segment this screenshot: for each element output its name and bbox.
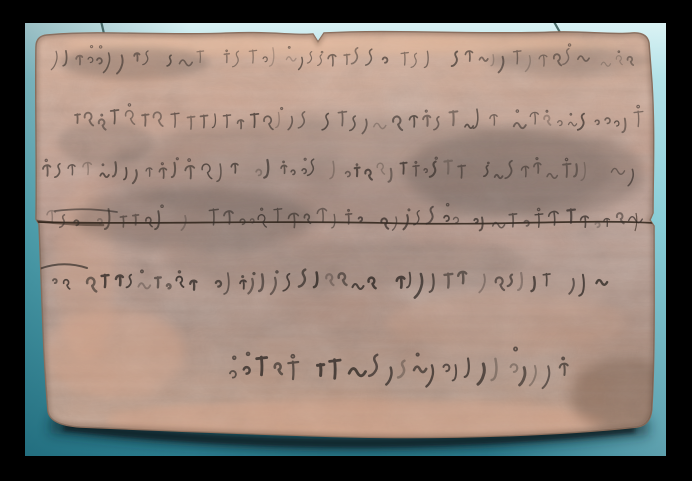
ink-smudge <box>57 121 153 165</box>
museum-photo <box>25 23 666 456</box>
wood-patch <box>385 293 625 353</box>
tablet-scene <box>25 23 666 456</box>
ink-smudge <box>405 128 645 218</box>
ink-smudge <box>60 47 210 79</box>
photo-frame <box>0 0 692 481</box>
